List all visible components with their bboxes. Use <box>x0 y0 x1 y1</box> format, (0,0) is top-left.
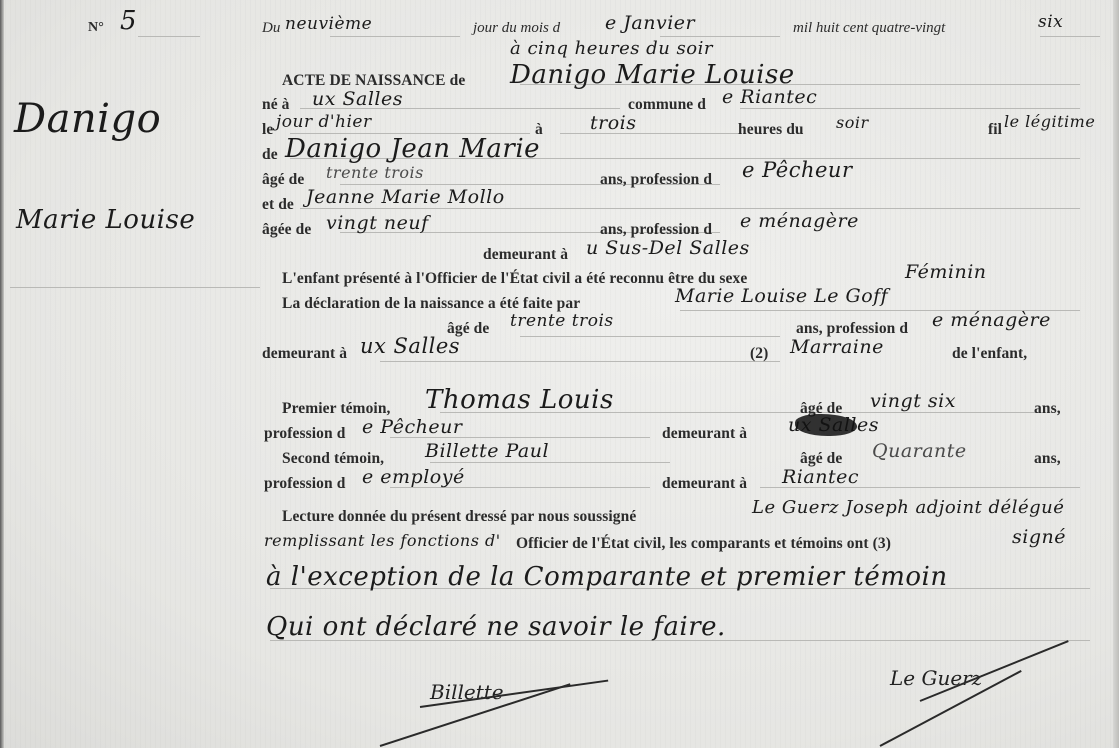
day-label: jour du mois d <box>473 20 560 37</box>
day-of-birth-value: jour d'hier <box>276 112 372 132</box>
rule-line <box>660 36 780 37</box>
closing-line1: Lecture donnée du présent dressé par nou… <box>282 508 636 526</box>
mother-name: Jeanne Marie Mollo <box>306 186 505 208</box>
declarant-residence: ux Salles <box>360 334 460 358</box>
closing-line3: à l'exception de la Comparante et premie… <box>266 562 948 592</box>
rule-line <box>1040 36 1100 37</box>
child-value: le légitime <box>1004 112 1095 131</box>
mother-age: vingt neuf <box>326 212 429 234</box>
witness2-age: Quarante <box>872 440 967 462</box>
closing-line2-hand: remplissant les fonctions d' <box>264 531 501 550</box>
hours-value: soir <box>836 113 869 132</box>
residence-value: u Sus-Del Salles <box>586 237 750 259</box>
rule-line <box>330 36 460 37</box>
rule-line <box>300 208 1080 209</box>
witness1-profession-label: profession d <box>264 425 345 443</box>
witness1-profession: e Pêcheur <box>362 416 462 438</box>
binding-edge <box>0 0 4 748</box>
rule-line <box>380 361 780 362</box>
page-edge <box>1113 0 1119 748</box>
signed-value: signé <box>1012 526 1066 548</box>
declarant-relation-suffix: de l'enfant, <box>952 345 1027 363</box>
year-suffix: six <box>1038 12 1063 32</box>
witness2-profession-label: profession d <box>264 475 345 493</box>
time-value: à cinq heures du soir <box>510 38 713 59</box>
margin-surname: Danigo <box>14 96 161 142</box>
witness2-residence: Riantec <box>782 466 859 488</box>
hour-value: trois <box>590 112 636 134</box>
witness1-name: Thomas Louis <box>425 385 614 415</box>
hours-label: heures du <box>738 121 804 139</box>
year-label: mil huit cent quatre-vingt <box>793 20 945 37</box>
rule-line <box>520 336 780 337</box>
father-name: Danigo Jean Marie <box>285 134 540 164</box>
closing-line4: Qui ont déclaré ne savoir le faire. <box>266 612 726 642</box>
closing-line2: Officier de l'État civil, les comparants… <box>516 535 891 553</box>
declarant-age: trente trois <box>510 311 614 331</box>
mother-profession: e ménagère <box>740 210 859 232</box>
rule-line <box>740 108 1080 109</box>
sex-value: Féminin <box>905 261 987 283</box>
day-of-birth-label: le <box>262 121 273 139</box>
mother-age-label: âgée de <box>262 221 311 239</box>
father-prefix: de <box>262 146 278 164</box>
witness1-age: vingt six <box>870 390 956 412</box>
declarant-relation: Marraine <box>790 336 884 358</box>
rule-line <box>10 287 260 288</box>
rule-line <box>430 462 670 463</box>
record-number: 5 <box>120 6 137 36</box>
commune-label: commune d <box>628 96 706 114</box>
father-age: trente trois <box>326 163 424 182</box>
ink-blot <box>795 414 857 436</box>
child-label: fil <box>988 121 1002 139</box>
month-value: e Janvier <box>605 12 695 34</box>
declarant-name: Marie Louise Le Goff <box>675 285 888 307</box>
residence-label: demeurant à <box>483 246 568 264</box>
father-profession-label: ans, profession d <box>600 171 712 189</box>
number-label: N° <box>88 20 104 36</box>
margin-given-names: Marie Louise <box>16 205 195 235</box>
date-prefix: Du <box>262 20 280 37</box>
rule-line <box>138 36 200 37</box>
witness2-age-suffix: ans, <box>1034 450 1061 468</box>
civil-register-page: N° 5 Du neuvième jour du mois d e Janvie… <box>0 0 1119 748</box>
rule-line <box>560 133 740 134</box>
witness1-age-suffix: ans, <box>1034 400 1061 418</box>
declarant-profession: e ménagère <box>932 309 1051 331</box>
day-value: neuvième <box>285 14 372 34</box>
father-profession: e Pêcheur <box>742 158 853 182</box>
witness2-name: Billette Paul <box>425 440 549 462</box>
signature-right: Le Guerz <box>890 666 982 690</box>
witness2-residence-label: demeurant à <box>662 475 747 493</box>
born-place: ux Salles <box>312 88 403 110</box>
declarant-residence-label: demeurant à <box>262 345 347 363</box>
witness1-residence-label: demeurant à <box>662 425 747 443</box>
note-marker-2: (2) <box>750 345 768 363</box>
father-age-label: âgé de <box>262 171 304 189</box>
witness2-profession: e employé <box>362 466 465 488</box>
mother-prefix: et de <box>262 196 294 214</box>
officer-name: Le Guerz Joseph adjoint délégué <box>752 497 1064 518</box>
commune-value: e Riantec <box>722 86 817 108</box>
